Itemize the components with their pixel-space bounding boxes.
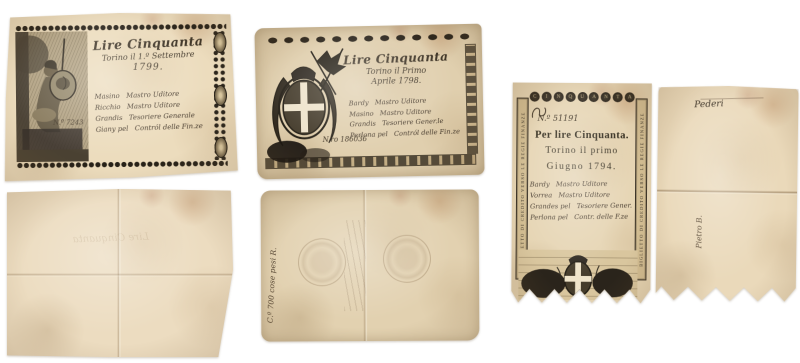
vertical-annotation: Pietro B. xyxy=(694,171,704,248)
paper-edge-shading xyxy=(261,189,480,341)
note2-paper: Lire Cinquanta Torino il Primo Aprile 17… xyxy=(254,24,484,180)
place-line: Torino il primo xyxy=(528,146,636,157)
border-inscription: BIGLIETTO DI CREDITO VERSO LE REGIE FINA… xyxy=(519,111,525,265)
note-date: Aprile 1798. xyxy=(333,75,460,87)
faint-pencil-mark xyxy=(700,92,763,99)
note5-paper: Lire Cinquanta xyxy=(7,189,233,357)
note6-paper: C.º 700 cose pesi R. xyxy=(261,189,480,341)
vertical-annotation: C.º 700 cose pesi R. xyxy=(265,218,279,324)
note4-paper: Pederi Pietro B. xyxy=(655,85,798,313)
medallion-icon xyxy=(214,137,227,158)
shield-vignette-icon xyxy=(518,250,638,301)
note3-paper: BIGLIETTO DI CREDITO VERSO LE REGIE FINA… xyxy=(511,83,652,313)
letter-medallion-icon: U xyxy=(577,92,587,102)
serial-number: N.º 51191 xyxy=(538,114,579,123)
letter-medallion-icon: I xyxy=(542,92,552,102)
embossed-seal-icon xyxy=(298,238,346,286)
ink-annotation: Pederi xyxy=(695,99,725,110)
showthrough-text: Lire Cinquanta xyxy=(43,230,179,246)
date-line: Giugno 1794. xyxy=(527,162,635,173)
note1-paper: Lire Cinquanta Torino il 1.º Settembre 1… xyxy=(3,12,238,181)
fold-crease xyxy=(363,190,368,341)
signature-block: Bardy Mastro Uditore Masino Mastro Udito… xyxy=(349,94,475,141)
signature-line: Perlona pel Contr. delle F.ze xyxy=(530,212,636,224)
serial-number: N.º 7243 xyxy=(53,119,83,127)
signature-block: Masino Mastro Uditore Ricchio Mastro Udi… xyxy=(94,87,217,135)
note1-front: Lire Cinquanta Torino il 1.º Settembre 1… xyxy=(3,12,238,181)
letter-medallion-icon: N xyxy=(553,92,563,102)
bead-border-top xyxy=(15,23,226,32)
cinquanta-medallion-row: C I N Q U A N T A xyxy=(530,92,635,104)
letter-medallion-icon: N xyxy=(601,92,611,102)
signature-block: Bardy Mastro Uditore Vorrea Mastro Udito… xyxy=(530,179,636,224)
letter-medallion-icon: A xyxy=(625,92,635,102)
serial-number: N.ro 186036 xyxy=(323,135,368,144)
fold-crease xyxy=(657,189,797,195)
medallion-icon xyxy=(213,32,226,53)
paper-edge-shading xyxy=(655,85,798,313)
note-year: 1799. xyxy=(88,62,209,73)
paper-stains xyxy=(655,85,798,313)
letter-medallion-icon: C xyxy=(530,92,540,102)
letter-medallion-icon: T xyxy=(613,92,623,102)
fold-crease xyxy=(7,273,233,277)
note5-back: Lire Cinquanta xyxy=(7,189,233,357)
photo-six-banknotes: Lire Cinquanta Torino il 1.º Settembre 1… xyxy=(0,0,800,363)
note2-heading: Lire Cinquanta Torino il Primo Aprile 17… xyxy=(332,50,460,87)
paper-stains xyxy=(261,189,480,341)
allegory-vignette-icon xyxy=(15,31,88,162)
embossed-seal-icon xyxy=(383,235,431,283)
border-inscription: BIGLIETTO DI CREDITO VERSO LE REGIE FINA… xyxy=(638,112,644,266)
amount-line: Per lire Cinquanta. xyxy=(528,130,636,142)
note4-back: Pederi Pietro B. xyxy=(655,85,798,313)
note1-heading: Lire Cinquanta Torino il 1.º Settembre 1… xyxy=(87,35,209,73)
letter-medallion-icon: A xyxy=(589,92,599,102)
note6-back: C.º 700 cose pesi R. xyxy=(261,189,480,341)
letter-medallion-icon: Q xyxy=(565,92,575,102)
note2-front: Lire Cinquanta Torino il Primo Aprile 17… xyxy=(254,24,484,180)
note3-front: BIGLIETTO DI CREDITO VERSO LE REGIE FINA… xyxy=(511,83,652,313)
